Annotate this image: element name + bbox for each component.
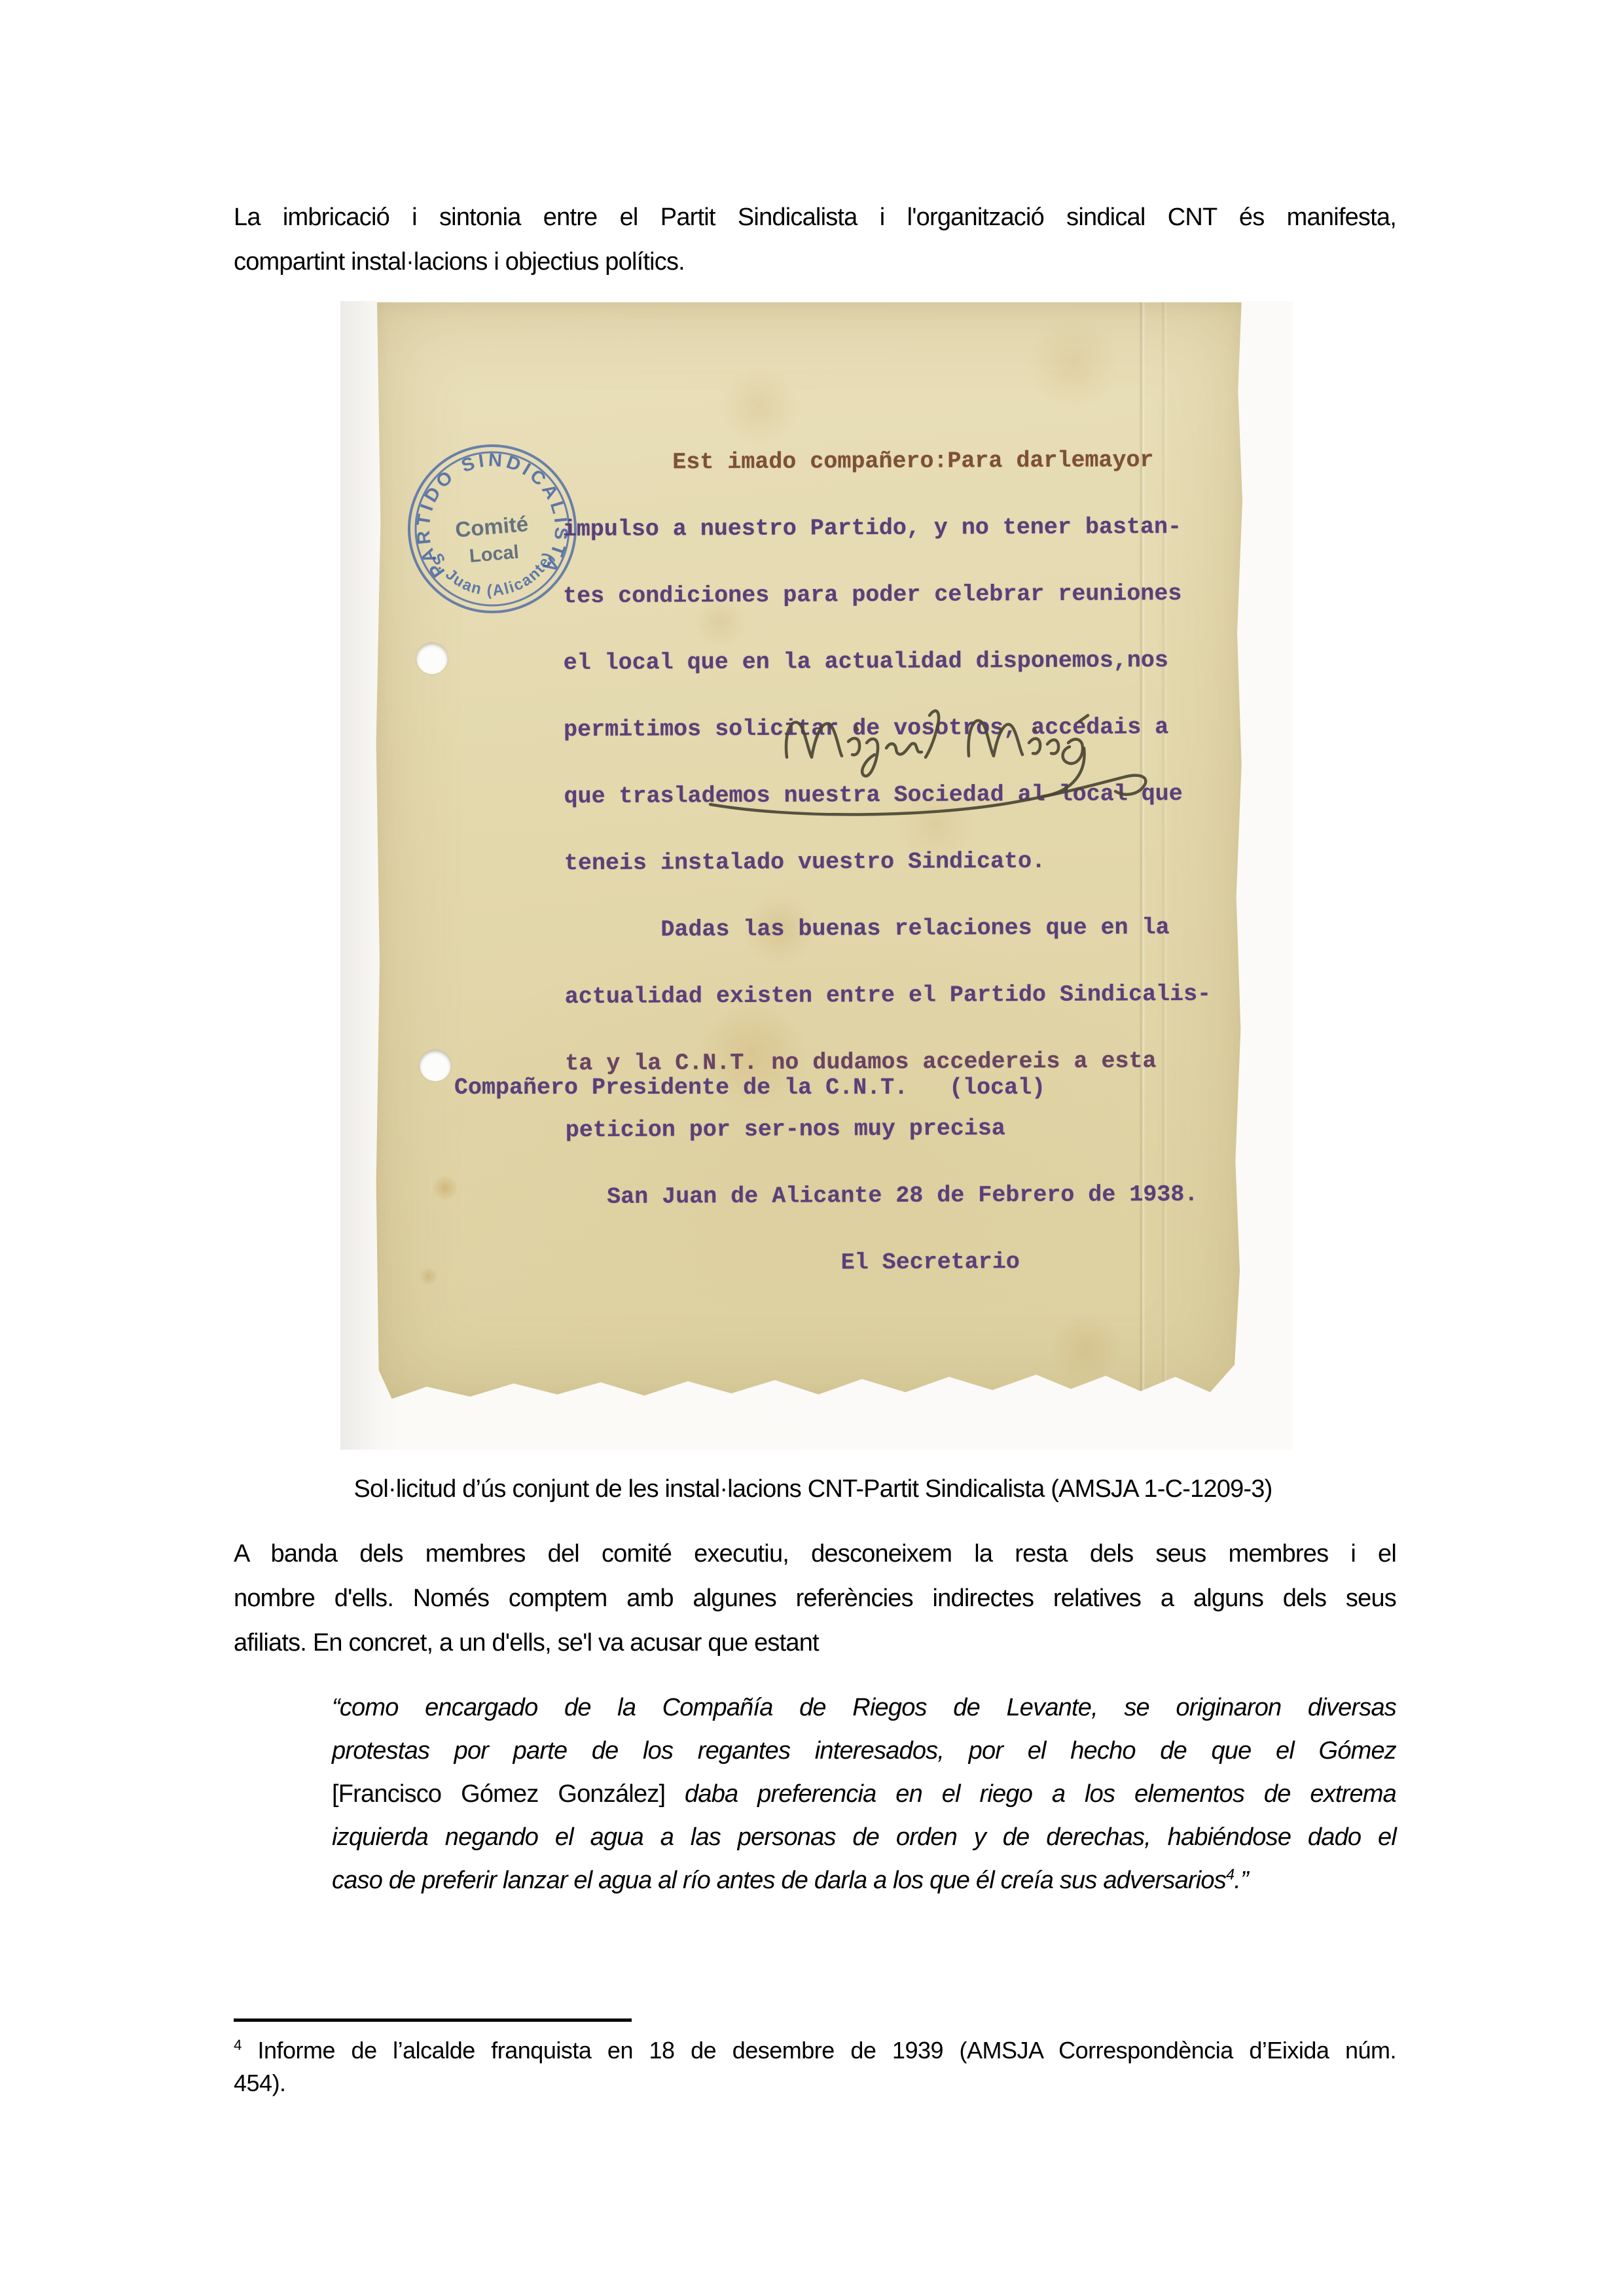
footnote-text: Informe de l’alcalde franquista en 18 de… xyxy=(242,2037,1396,2064)
typed-line: el local que en la actualidad disponemos… xyxy=(564,649,1210,674)
rubber-stamp: PARTIDO SINDICALISTA S. Juan (Alicante) … xyxy=(405,441,580,617)
quote-editorial-insert: [Francisco Gómez González] xyxy=(332,1780,665,1808)
footnote-line: 4 Informe de l’alcalde franquista en 18 … xyxy=(234,2034,1396,2067)
typed-line: teneis instalado vuestro Sindicato. xyxy=(564,850,1210,874)
body-line: nombre d'ells. Només comptem amb algunes… xyxy=(234,1576,1396,1621)
punch-hole xyxy=(416,643,448,674)
punch-hole xyxy=(420,1050,451,1081)
figure-caption: Sol·licitud d’ús conjunt de les instal·l… xyxy=(230,1475,1396,1503)
stamp-center-line2: Local xyxy=(469,542,520,567)
letter-paper: PARTIDO SINDICALISTA S. Juan (Alicante) … xyxy=(374,302,1245,1403)
addressee-line: Compañero Presidente de la C.N.T. (local… xyxy=(454,1075,1045,1101)
footnote-separator-rule xyxy=(234,2018,632,2022)
scanned-letter-image: PARTIDO SINDICALISTA S. Juan (Alicante) … xyxy=(340,301,1293,1450)
handwritten-signature xyxy=(702,679,1173,842)
typewritten-text: Est imado compañero:Para darlemayor impu… xyxy=(562,404,1212,1319)
quote-line: izquierda negando el agua a las personas… xyxy=(332,1816,1396,1859)
quote-line-text: caso de preferir lanzar el agua al río a… xyxy=(332,1867,1226,1894)
quote-closing: .” xyxy=(1234,1867,1248,1894)
body-paragraph: A banda dels membres del comité executiu… xyxy=(234,1532,1396,1665)
footnote: 4 Informe de l’alcalde franquista en 18 … xyxy=(234,2034,1396,2100)
quote-line: caso de preferir lanzar el agua al río a… xyxy=(332,1859,1396,1902)
typed-line: impulso a nuestro Partido, y no tener ba… xyxy=(563,516,1209,541)
footnote-line: 454). xyxy=(234,2067,1396,2100)
typed-line: actualidad existen entre el Partido Sind… xyxy=(565,983,1211,1008)
intro-paragraph: La imbricació i sintonia entre el Partit… xyxy=(234,195,1396,284)
typed-line: San Juan de Alicante 28 de Febrero de 19… xyxy=(566,1183,1212,1208)
typed-line: ta y la C.N.T. no dudamos accedereis a e… xyxy=(565,1050,1211,1075)
block-quote: “como encargado de la Compañía de Riegos… xyxy=(332,1686,1396,1902)
typed-line: tes condiciones para poder celebrar reun… xyxy=(563,583,1209,607)
typed-line: El Secretario xyxy=(566,1250,1212,1275)
document-page: La imbricació i sintonia entre el Partit… xyxy=(0,0,1624,2296)
stamp-center-line1: Comité xyxy=(454,511,530,542)
body-line: A banda dels membres del comité executiu… xyxy=(234,1532,1396,1576)
typed-line: Est imado compañero:Para darlemayor xyxy=(562,449,1208,474)
footnote-marker: 4 xyxy=(234,2037,242,2053)
quote-line-text: daba preferencia en el riego a los eleme… xyxy=(665,1780,1396,1808)
intro-line: compartint instal·lacions i objectius po… xyxy=(234,240,1396,284)
quote-line: [Francisco Gómez González] daba preferen… xyxy=(332,1772,1396,1816)
typed-line: peticion por ser-nos muy precisa xyxy=(566,1117,1212,1141)
quote-line: protestas por parte de los regantes inte… xyxy=(332,1729,1396,1772)
typed-line: Dadas las buenas relaciones que en la xyxy=(564,916,1210,941)
intro-line: La imbricació i sintonia entre el Partit… xyxy=(234,195,1396,240)
footnote-reference: 4 xyxy=(1226,1865,1234,1882)
quote-line: “como encargado de la Compañía de Riegos… xyxy=(332,1686,1396,1729)
body-line: afiliats. En concret, a un d'ells, se'l … xyxy=(234,1621,1396,1665)
